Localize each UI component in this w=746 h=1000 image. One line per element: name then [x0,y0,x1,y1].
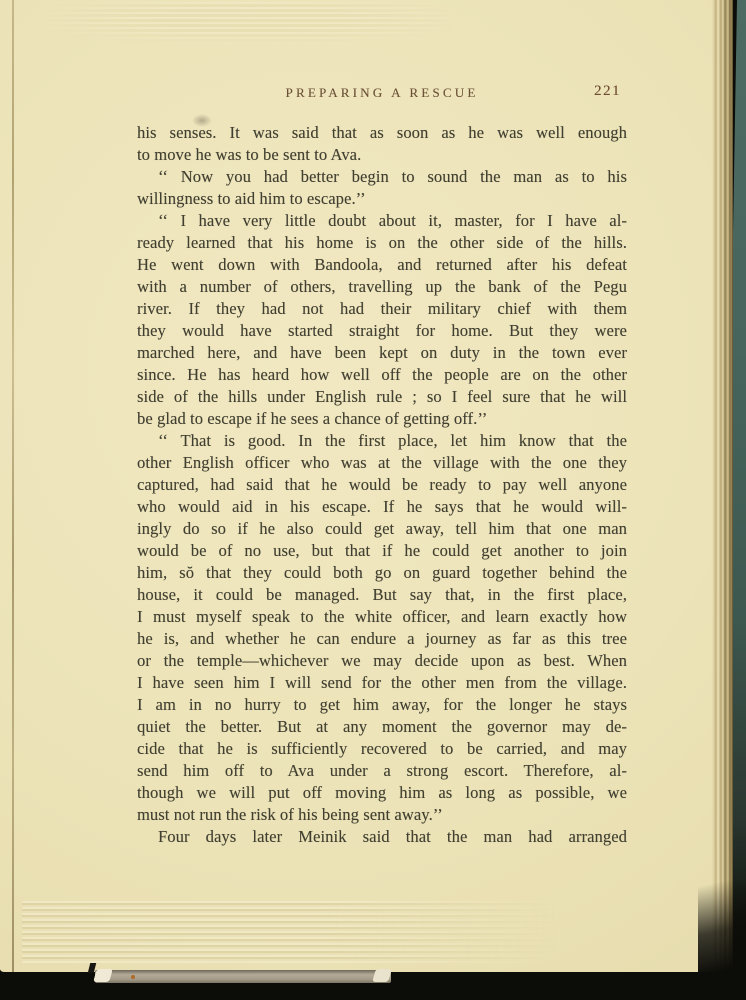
text-line: quiet the better. But at any moment the … [137,716,627,738]
text-line: or the temple—whichever we may decide up… [137,650,627,672]
corner-shadow [698,845,746,1000]
text-line: ‘‘ I have very little doubt about it, ma… [137,210,627,232]
text-line: send him off to Ava under a strong escor… [137,760,627,782]
page-text: his senses. It was said that as soon as … [137,122,627,848]
text-line: other English officer who was at the vil… [137,452,627,474]
text-line: I have seen him I will send for the othe… [137,672,627,694]
running-header-title: PREPARING A RESCUE [137,85,627,101]
text-line: ‘‘ That is good. In the first place, let… [137,430,627,452]
page-fold-crease [12,0,14,972]
text-line: they would have started straight for hom… [137,320,627,342]
text-line: house, it could be managed. But say that… [137,584,627,606]
text-line: I must myself speak to the white officer… [137,606,627,628]
text-line: river. If they had not had their militar… [137,298,627,320]
text-line: ready learned that his home is on the ot… [137,232,627,254]
text-line: him, sŏ that they could both go on guard… [137,562,627,584]
text-line: He went down with Bandoola, and returned… [137,254,627,276]
text-line: Four days later Meinik said that the man… [137,826,627,848]
text-line: cide that he is sufficiently recovered t… [137,738,627,760]
text-line: would be of no use, but that if he could… [137,540,627,562]
bottom-page-edges [22,901,567,963]
text-line: must not run the risk of his being sent … [137,804,627,826]
text-line: marched here, and have been kept on duty… [137,342,627,364]
text-line: willingness to aid him to escape.’’ [137,188,627,210]
text-line: ‘‘ Now you had better begin to sound the… [137,166,627,188]
text-line: be glad to escape if he sees a chance of… [137,408,627,430]
support-bar [95,970,391,983]
text-line: he is, and whether he can endure a journ… [137,628,627,650]
text-line: though we will put off moving him as lon… [137,782,627,804]
text-line: to move he was to be sent to Ava. [137,144,627,166]
text-line: with a number of others, travelling up t… [137,276,627,298]
text-line: side of the hills under English rule ; s… [137,386,627,408]
rust-speck [131,975,135,979]
text-line: since. He has heard how well off the peo… [137,364,627,386]
book-scan-photo: PREPARING A RESCUE 221 his senses. It wa… [0,0,746,1000]
text-line: who would aid in his escape. If he says … [137,496,627,518]
text-line: captured, had said that he would be read… [137,474,627,496]
top-page-edges [50,2,450,44]
text-line: ingly do so if he also could get away, t… [137,518,627,540]
right-page-edges [712,0,733,972]
text-line: I am in no hurry to get him away, for th… [137,694,627,716]
page-number: 221 [594,83,621,100]
text-line: his senses. It was said that as soon as … [137,122,627,144]
page-header: PREPARING A RESCUE 221 [137,85,627,105]
